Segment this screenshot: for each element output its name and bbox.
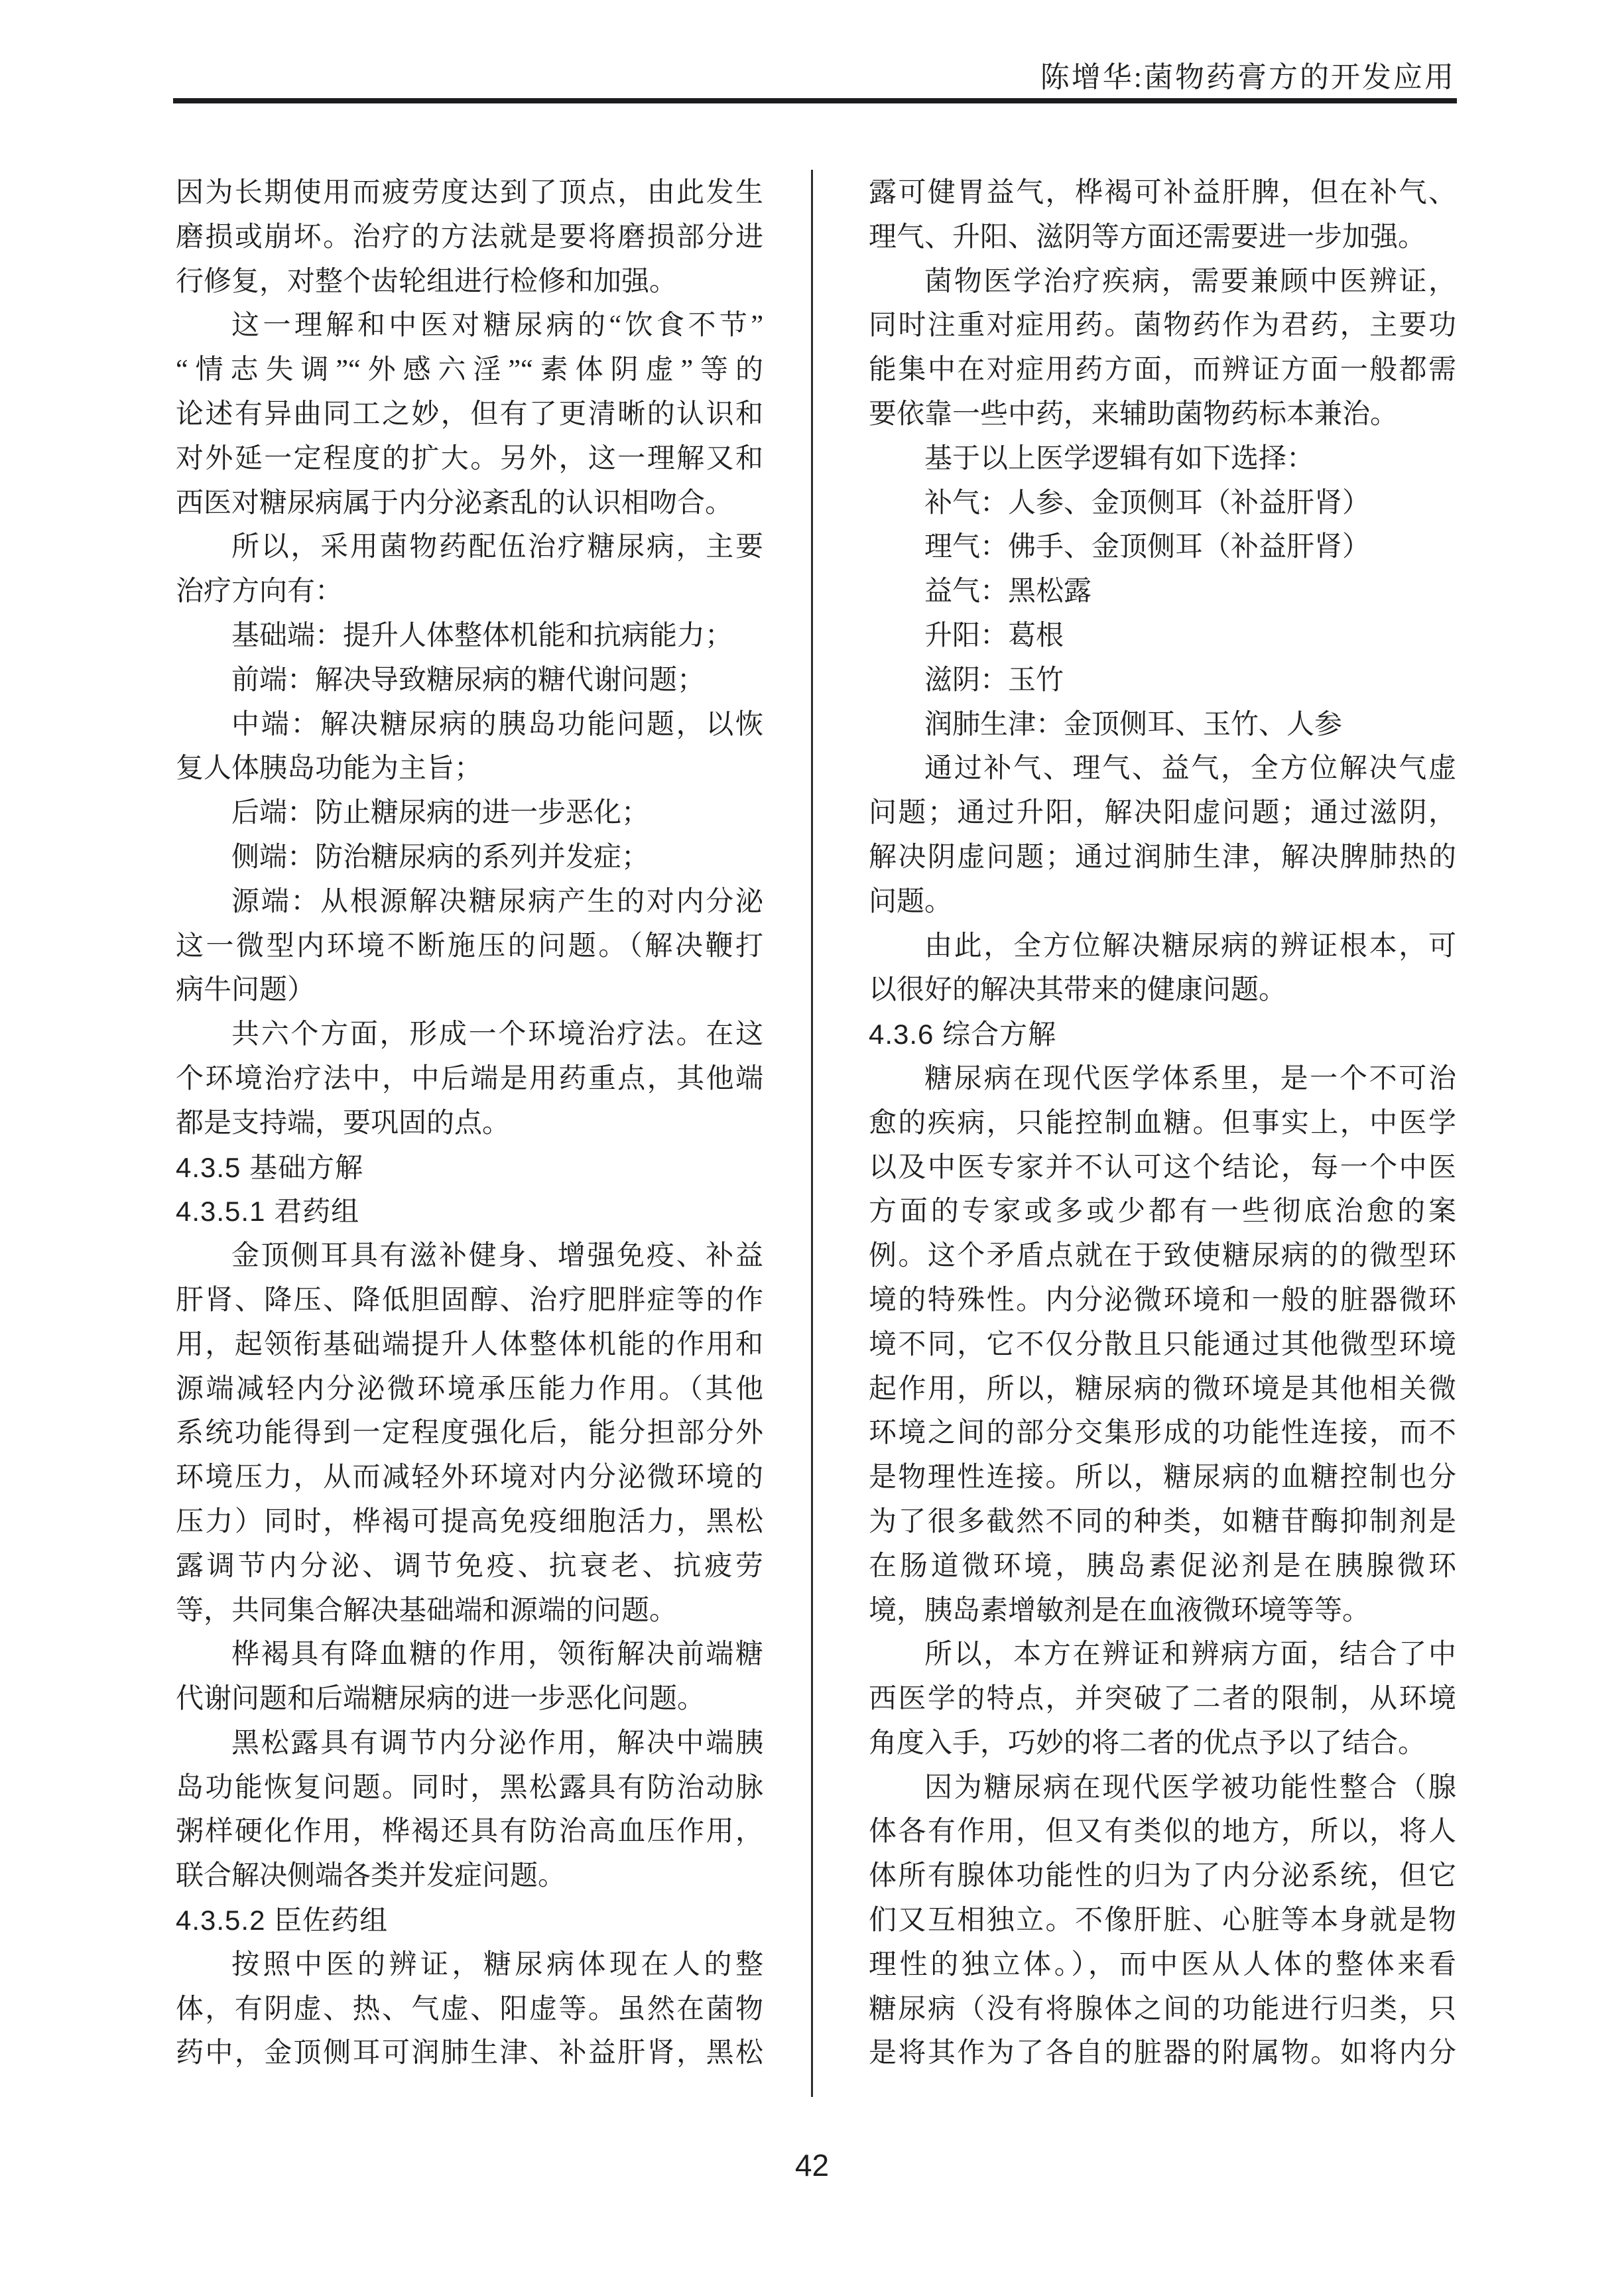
text-line: 西医学的特点，并突破了二者的限制，从环境 — [869, 1677, 1456, 1722]
text-line: 糖尿病（没有将腺体之间的功能进行归类，只 — [869, 1988, 1456, 2032]
section-heading: 4.3.6 综合方解 — [869, 1013, 1456, 1057]
text-line: 基于以上医学逻辑有如下选择： — [869, 437, 1456, 481]
text-line: 论述有异曲同工之妙，但有了更清晰的认识和 — [176, 393, 763, 437]
text-line: 复人体胰岛功能为主旨； — [176, 747, 763, 791]
text-line: 联合解决侧端各类并发症问题。 — [176, 1854, 763, 1899]
text-line: 是物理性连接。所以，糖尿病的血糖控制也分 — [869, 1456, 1456, 1500]
text-line: 体，有阴虚、热、气虚、阳虚等。虽然在菌物 — [176, 1988, 763, 2032]
text-line: 糖尿病在现代医学体系里，是一个不可治 — [869, 1057, 1456, 1102]
text-line: 境，胰岛素增敏剂是在血液微环境等等。 — [869, 1589, 1456, 1633]
header-rule — [173, 98, 1457, 103]
text-line: 所以，采用菌物药配伍治疗糖尿病，主要 — [176, 525, 763, 570]
text-line: 共六个方面，形成一个环境治疗法。在这 — [176, 1013, 763, 1057]
text-line: 都是支持端，要巩固的点。 — [176, 1102, 763, 1146]
text-line: 压力）同时，桦褐可提高免疫细胞活力，黑松 — [176, 1500, 763, 1545]
text-line: 为了很多截然不同的种类，如糖苷酶抑制剂是 — [869, 1500, 1456, 1545]
text-line: 理性的独立体。），而中医从人体的整体来看 — [869, 1943, 1456, 1988]
text-line: 基础端：提升人体整体机能和抗病能力； — [176, 614, 763, 659]
text-line: 起作用，所以，糖尿病的微环境是其他相关微 — [869, 1367, 1456, 1412]
text-line: 滋阴：玉竹 — [869, 659, 1456, 703]
text-line: 环境压力，从而减轻外环境对内分泌微环境的 — [176, 1456, 763, 1500]
section-heading: 4.3.5.2 臣佐药组 — [176, 1899, 763, 1943]
text-line: 能集中在对症用药方面，而辨证方面一般都需 — [869, 348, 1456, 393]
text-line: 中端：解决糖尿病的胰岛功能问题，以恢 — [176, 703, 763, 747]
text-line: 侧端：防治糖尿病的系列并发症； — [176, 836, 763, 880]
text-line: 磨损或崩坏。治疗的方法就是要将磨损部分进 — [176, 216, 763, 260]
text-line: 补气：人参、金顶侧耳（补益肝肾） — [869, 481, 1456, 526]
text-line: 环境之间的部分交集形成的功能性连接，而不 — [869, 1411, 1456, 1456]
text-line: 通过补气、理气、益气，全方位解决气虚 — [869, 747, 1456, 791]
text-line: 问题；通过升阳，解决阳虚问题；通过滋阴， — [869, 791, 1456, 836]
text-line: 因为糖尿病在现代医学被功能性整合（腺 — [869, 1766, 1456, 1810]
text-line: 金顶侧耳具有滋补健身、增强免疫、补益 — [176, 1234, 763, 1279]
text-line: 境不同，它不仅分散且只能通过其他微型环境 — [869, 1323, 1456, 1367]
text-line: 前端：解决导致糖尿病的糖代谢问题； — [176, 659, 763, 703]
page-number: 42 — [0, 2147, 1624, 2183]
text-line: 桦褐具有降血糖的作用，领衔解决前端糖 — [176, 1633, 763, 1677]
text-line: 升阳：葛根 — [869, 614, 1456, 659]
text-line: 源端减轻内分泌微环境承压能力作用。（其他 — [176, 1367, 763, 1412]
left-text-column: 因为长期使用而疲劳度达到了顶点，由此发生磨损或崩坏。治疗的方法就是要将磨损部分进… — [176, 171, 763, 2076]
text-line: 源端：从根源解决糖尿病产生的对内分泌 — [176, 880, 763, 924]
text-line: 治疗方向有： — [176, 570, 763, 614]
text-line: 后端：防止糖尿病的进一步恶化； — [176, 791, 763, 836]
text-line: 问题。 — [869, 880, 1456, 924]
text-line: 以很好的解决其带来的健康问题。 — [869, 968, 1456, 1013]
text-line: 菌物医学治疗疾病，需要兼顾中医辨证， — [869, 260, 1456, 304]
text-line: 肝肾、降压、降低胆固醇、治疗肥胖症等的作 — [176, 1279, 763, 1323]
text-line: 们又互相独立。不像肝脏、心脏等本身就是物 — [869, 1899, 1456, 1943]
column-divider-rule — [811, 170, 813, 2097]
text-line: 按照中医的辨证，糖尿病体现在人的整 — [176, 1943, 763, 1988]
section-heading: 4.3.5.1 君药组 — [176, 1190, 763, 1234]
text-line: 理气：佛手、金顶侧耳（补益肝肾） — [869, 525, 1456, 570]
text-line: 例。这个矛盾点就在于致使糖尿病的的微型环 — [869, 1234, 1456, 1279]
text-line: 所以，本方在辨证和辨病方面，结合了中 — [869, 1633, 1456, 1677]
section-heading: 4.3.5 基础方解 — [176, 1146, 763, 1190]
text-line: 用，起领衔基础端提升人体整体机能的作用和 — [176, 1323, 763, 1367]
text-line: 这一微型内环境不断施压的问题。（解决鞭打 — [176, 924, 763, 969]
text-line: 西医对糖尿病属于内分泌紊乱的认识相吻合。 — [176, 481, 763, 526]
text-line: 药中，金顶侧耳可润肺生津、补益肝肾，黑松 — [176, 2031, 763, 2076]
text-line: 角度入手，巧妙的将二者的优点予以了结合。 — [869, 1722, 1456, 1766]
text-line: 在肠道微环境，胰岛素促泌剂是在胰腺微环 — [869, 1545, 1456, 1589]
text-line: 体各有作用，但又有类似的地方，所以，将人 — [869, 1810, 1456, 1854]
text-line: 岛功能恢复问题。同时，黑松露具有防治动脉 — [176, 1766, 763, 1810]
text-line: 润肺生津：金顶侧耳、玉竹、人参 — [869, 703, 1456, 747]
text-line: 要依靠一些中药，来辅助菌物药标本兼治。 — [869, 393, 1456, 437]
text-line: 解决阴虚问题；通过润肺生津，解决脾肺热的 — [869, 836, 1456, 880]
document-page: 陈增华:菌物药膏方的开发应用 因为长期使用而疲劳度达到了顶点，由此发生磨损或崩坏… — [0, 0, 1624, 2278]
text-line: 同时注重对症用药。菌物药作为君药，主要功 — [869, 304, 1456, 348]
text-line: 病牛问题） — [176, 968, 763, 1013]
text-line: 对外延一定程度的扩大。另外，这一理解又和 — [176, 437, 763, 481]
text-line: 行修复，对整个齿轮组进行检修和加强。 — [176, 260, 763, 304]
text-line: 由此，全方位解决糖尿病的辨证根本，可 — [869, 924, 1456, 969]
text-line: “情志失调”“外感六淫”“素体阴虚”等的 — [176, 348, 763, 393]
text-line: 这一理解和中医对糖尿病的“饮食不节” — [176, 304, 763, 348]
running-header-title: 陈增华:菌物药膏方的开发应用 — [1040, 53, 1456, 95]
right-text-column: 露可健胃益气，桦褐可补益肝脾，但在补气、理气、升阳、滋阴等方面还需要进一步加强。… — [869, 171, 1456, 2076]
text-line: 境的特殊性。内分泌微环境和一般的脏器微环 — [869, 1279, 1456, 1323]
text-line: 是将其作为了各自的脏器的附属物。如将内分 — [869, 2031, 1456, 2076]
text-line: 个环境治疗法中，中后端是用药重点，其他端 — [176, 1057, 763, 1102]
text-line: 系统功能得到一定程度强化后，能分担部分外 — [176, 1411, 763, 1456]
text-line: 粥样硬化作用，桦褐还具有防治高血压作用， — [176, 1810, 763, 1854]
text-line: 黑松露具有调节内分泌作用，解决中端胰 — [176, 1722, 763, 1766]
text-line: 露可健胃益气，桦褐可补益肝脾，但在补气、 — [869, 171, 1456, 216]
text-line: 等，共同集合解决基础端和源端的问题。 — [176, 1589, 763, 1633]
text-line: 益气：黑松露 — [869, 570, 1456, 614]
text-line: 理气、升阳、滋阴等方面还需要进一步加强。 — [869, 216, 1456, 260]
text-line: 因为长期使用而疲劳度达到了顶点，由此发生 — [176, 171, 763, 216]
text-line: 以及中医专家并不认可这个结论，每一个中医 — [869, 1146, 1456, 1190]
text-line: 愈的疾病，只能控制血糖。但事实上，中医学 — [869, 1102, 1456, 1146]
text-line: 体所有腺体功能性的归为了内分泌系统，但它 — [869, 1854, 1456, 1899]
text-line: 露调节内分泌、调节免疫、抗衰老、抗疲劳 — [176, 1545, 763, 1589]
text-line: 方面的专家或多或少都有一些彻底治愈的案 — [869, 1190, 1456, 1234]
text-line: 代谢问题和后端糖尿病的进一步恶化问题。 — [176, 1677, 763, 1722]
